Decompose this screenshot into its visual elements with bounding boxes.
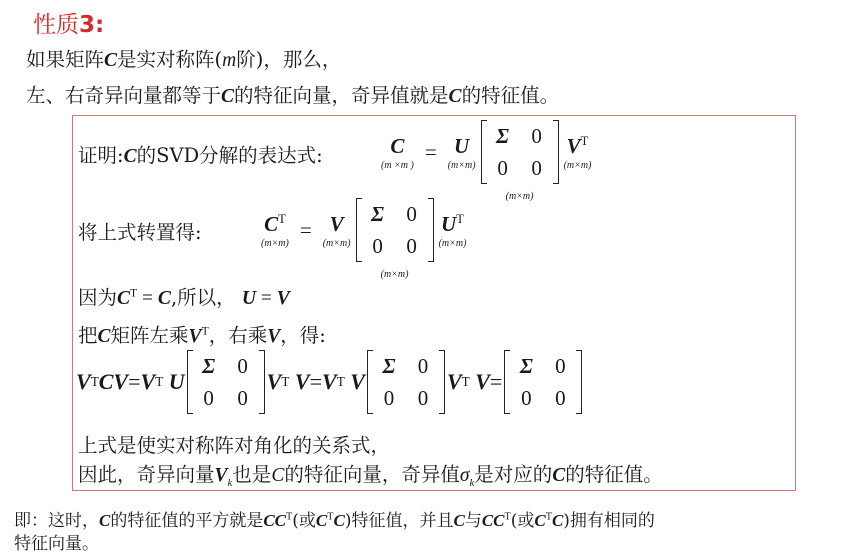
symbol-U: U bbox=[242, 288, 256, 309]
symbol: V bbox=[475, 369, 490, 395]
transpose: T bbox=[581, 134, 589, 148]
text: 的特征值。 bbox=[462, 84, 560, 107]
term-U: U(m×m) bbox=[448, 134, 476, 171]
symbol-CC: CC bbox=[482, 511, 505, 530]
sigma-matrix: Σ000 bbox=[367, 350, 445, 414]
symbol: V bbox=[76, 369, 91, 395]
proof-line-6: 因此，奇异向量Vk也是C的特征向量，奇异值σk是对应的C的特征值。 bbox=[78, 459, 663, 487]
text: 的特征值。 bbox=[565, 463, 663, 486]
cell: 0 bbox=[372, 234, 383, 259]
term-UT: UT(m×m) bbox=[439, 212, 467, 249]
dim-label: (m ×m ) bbox=[381, 160, 414, 171]
text: 证明: bbox=[78, 144, 124, 167]
text: 因为 bbox=[78, 286, 117, 309]
symbol-C: C bbox=[98, 326, 111, 347]
cell: Σ bbox=[371, 202, 384, 227]
text: 的特征值的平方就是 bbox=[110, 511, 263, 531]
text: 阶)，那么， bbox=[236, 48, 341, 71]
cell: Σ bbox=[496, 124, 509, 149]
symbol-C: C bbox=[552, 511, 563, 530]
footer-line-2: 特征向量。 bbox=[14, 529, 99, 554]
term-VT: VT(m×m) bbox=[564, 134, 592, 171]
symbol: C bbox=[264, 212, 278, 236]
text: 的特征向量，奇异值 bbox=[284, 463, 460, 486]
cell: 0 bbox=[555, 354, 566, 379]
cell: 0 bbox=[531, 124, 542, 149]
text: 左、右奇异向量都等于 bbox=[26, 84, 221, 107]
proof-line-1: 证明:C的SVD分解的表达式: bbox=[78, 140, 323, 168]
text: ，得: bbox=[280, 324, 326, 347]
text: 矩阵左乘 bbox=[111, 324, 189, 347]
symbol: V bbox=[322, 369, 337, 395]
symbol-C: C bbox=[158, 288, 171, 309]
symbol-V: V bbox=[215, 465, 228, 486]
equation-svd: C(m ×m ) = U(m×m) Σ000 (m×m) VT(m×m) bbox=[378, 120, 594, 184]
symbol: V bbox=[267, 369, 282, 395]
cell: Σ bbox=[382, 354, 395, 379]
text: 如果矩阵 bbox=[26, 48, 104, 71]
text: 的特征向量，奇异值就是 bbox=[234, 84, 449, 107]
text: (或 bbox=[511, 511, 535, 531]
cell: 0 bbox=[384, 386, 395, 411]
symbol-C: C bbox=[316, 511, 327, 530]
dim-label: (m×m) bbox=[356, 269, 434, 280]
proof-line-5: 上式是使实对称阵对角化的关系式， bbox=[78, 430, 390, 458]
symbol: U bbox=[454, 134, 469, 159]
transpose: T bbox=[278, 212, 286, 226]
symbol-C: C bbox=[534, 511, 545, 530]
term-V: V(m×m) bbox=[323, 212, 351, 249]
symbol-C: C bbox=[333, 511, 344, 530]
cell: 0 bbox=[406, 234, 417, 259]
equals: = bbox=[300, 218, 312, 243]
term-CT: CT(m×m) bbox=[261, 212, 289, 249]
cell: 0 bbox=[418, 386, 429, 411]
symbol-C: C bbox=[552, 465, 565, 486]
symbol-C: C bbox=[117, 288, 130, 309]
dim-label: (m×m) bbox=[261, 238, 289, 249]
cell: 0 bbox=[418, 354, 429, 379]
text: 是对应的 bbox=[474, 463, 552, 486]
equals: = bbox=[137, 288, 158, 309]
symbol-V: V bbox=[189, 326, 202, 347]
sigma-matrix: Σ000 bbox=[187, 350, 265, 414]
equals: = bbox=[490, 369, 502, 395]
symbol: U bbox=[441, 212, 456, 236]
symbol-C: C bbox=[99, 511, 110, 530]
symbol: V bbox=[447, 369, 462, 395]
symbol-m: m bbox=[222, 50, 236, 71]
text: 与 bbox=[465, 511, 482, 531]
cell: 0 bbox=[555, 386, 566, 411]
cell: 0 bbox=[237, 354, 248, 379]
equals: = bbox=[256, 288, 277, 309]
symbol-V: V bbox=[267, 326, 280, 347]
cell: 0 bbox=[203, 386, 214, 411]
symbol-CC: CC bbox=[263, 511, 286, 530]
equals: = bbox=[310, 369, 322, 395]
sigma-matrix: Σ000 bbox=[504, 350, 582, 414]
symbol: V bbox=[330, 212, 344, 237]
symbol-C: C bbox=[104, 50, 117, 71]
text: 因此，奇异向量 bbox=[78, 463, 215, 486]
proof-line-3: 因为CT = C,所以， U = V bbox=[78, 282, 290, 310]
dim-label: (m×m) bbox=[481, 191, 559, 202]
equation-transpose: CT(m×m) = V(m×m) Σ000 (m×m) UT(m×m) bbox=[258, 198, 469, 262]
equals: = bbox=[425, 140, 437, 165]
transpose: T bbox=[456, 212, 464, 226]
cell: 0 bbox=[406, 202, 417, 227]
text: 是实对称阵( bbox=[117, 48, 222, 71]
symbol-V: V bbox=[277, 288, 290, 309]
slide-title: 性质3: bbox=[33, 6, 104, 39]
equals: = bbox=[128, 369, 140, 395]
text: 也是 bbox=[232, 463, 271, 486]
symbol: V bbox=[567, 134, 581, 158]
symbol-C: C bbox=[449, 86, 462, 107]
cell: 0 bbox=[521, 386, 532, 411]
cell: Σ bbox=[202, 354, 215, 379]
text: (或 bbox=[292, 511, 316, 531]
text: 即：这时， bbox=[14, 511, 99, 531]
intro-line-2: 左、右奇异向量都等于C的特征向量，奇异值就是C的特征值。 bbox=[26, 80, 559, 108]
text: )特征值，并且 bbox=[345, 511, 454, 531]
title-number: 3: bbox=[79, 12, 104, 38]
text: ,所以， bbox=[171, 286, 236, 309]
dim-label: (m×m) bbox=[323, 238, 351, 249]
cell: 0 bbox=[497, 156, 508, 181]
dim-label: (m×m) bbox=[448, 160, 476, 171]
dim-label: (m×m) bbox=[439, 238, 467, 249]
symbol-C: C bbox=[453, 511, 464, 530]
symbol: V bbox=[141, 369, 156, 395]
text: 把 bbox=[78, 324, 98, 347]
symbol-C: C bbox=[221, 86, 234, 107]
transpose: T bbox=[202, 325, 209, 338]
text: ，右乘 bbox=[209, 324, 268, 347]
cell: 0 bbox=[531, 156, 542, 181]
proof-line-4: 把C矩阵左乘VT，右乘V，得: bbox=[78, 320, 326, 348]
symbol-C: C bbox=[271, 465, 284, 486]
term-C: C(m ×m ) bbox=[381, 134, 414, 171]
symbol: V bbox=[350, 369, 365, 395]
symbol: CV bbox=[99, 369, 128, 395]
proof-line-2: 将上式转置得: bbox=[78, 217, 202, 245]
symbol: C bbox=[390, 134, 404, 159]
cell: 0 bbox=[237, 386, 248, 411]
equation-diagonalization: VTCV = VT U Σ000 VT V = VT V Σ000 VT V =… bbox=[76, 350, 584, 414]
sigma-matrix: Σ000 (m×m) bbox=[481, 120, 559, 184]
symbol: U bbox=[169, 369, 185, 395]
dim-label: (m×m) bbox=[564, 160, 592, 171]
text: 的SVD分解的表达式: bbox=[137, 144, 323, 167]
symbol-C: C bbox=[124, 146, 137, 167]
symbol: V bbox=[295, 369, 310, 395]
text: )拥有相同的 bbox=[563, 511, 655, 531]
title-text: 性质 bbox=[33, 12, 79, 38]
cell: Σ bbox=[520, 354, 533, 379]
intro-line-1: 如果矩阵C是实对称阵(m阶)，那么， bbox=[26, 44, 341, 72]
sigma-matrix: Σ000 (m×m) bbox=[356, 198, 434, 262]
footer-line-1: 即：这时，C的特征值的平方就是CCT(或CTC)特征值，并且C与CCT(或CTC… bbox=[14, 506, 655, 531]
